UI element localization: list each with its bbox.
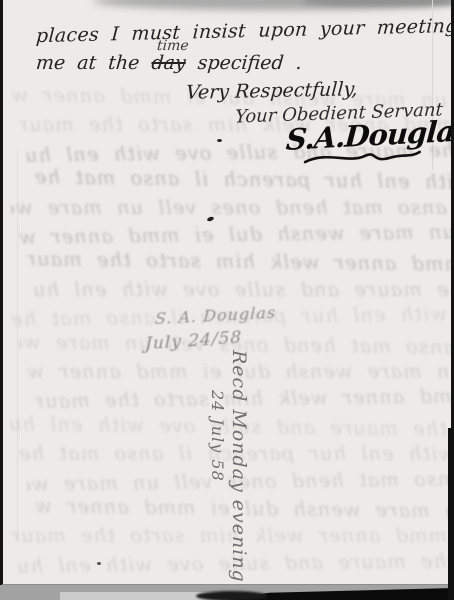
ink-speck xyxy=(97,562,101,565)
line2-before: me at the xyxy=(35,52,140,74)
scan-bottom-dark-blob xyxy=(196,591,268,600)
corrected-word: time day xyxy=(151,52,187,74)
paper: un mare wensh dul ei mmd anner welk him … xyxy=(3,0,451,588)
bleedthrough-line: the maure and sulle ove with enl hur par… xyxy=(35,278,451,301)
inserted-word-time: time xyxy=(156,38,189,54)
bleedthrough-line: with enl hur parench il anso mat hend on… xyxy=(35,166,451,194)
bleedthrough-line: mmd anner welk him sarto the maure and s… xyxy=(27,248,451,276)
closing-very-respectfully: Very Respectfully, xyxy=(185,78,358,104)
scan-right-edge-dark xyxy=(448,428,454,600)
pencil-docket-vertical: Recd Monday evening 24 July 58 xyxy=(208,350,250,583)
vertical-docket-line1: Recd Monday evening xyxy=(228,350,250,583)
ink-speck xyxy=(217,139,222,142)
letter-body-line1: places I must insist upon your meeting xyxy=(35,15,451,47)
bleedthrough-line: un mare wensh dul ei mmd anner welk him … xyxy=(19,220,451,248)
struck-word-day: day xyxy=(151,52,187,74)
bleedthrough-line: anso mat hend ones vell un mare wensh du… xyxy=(11,196,447,219)
scanned-letter-page: un mare wensh dul ei mmd anner welk him … xyxy=(0,0,454,600)
vertical-docket-line2: 24 July 58 xyxy=(208,350,227,583)
line2-after: specified . xyxy=(197,52,303,74)
ink-speck xyxy=(207,216,215,222)
letter-body-line2: me at the time day specified . xyxy=(35,52,303,74)
